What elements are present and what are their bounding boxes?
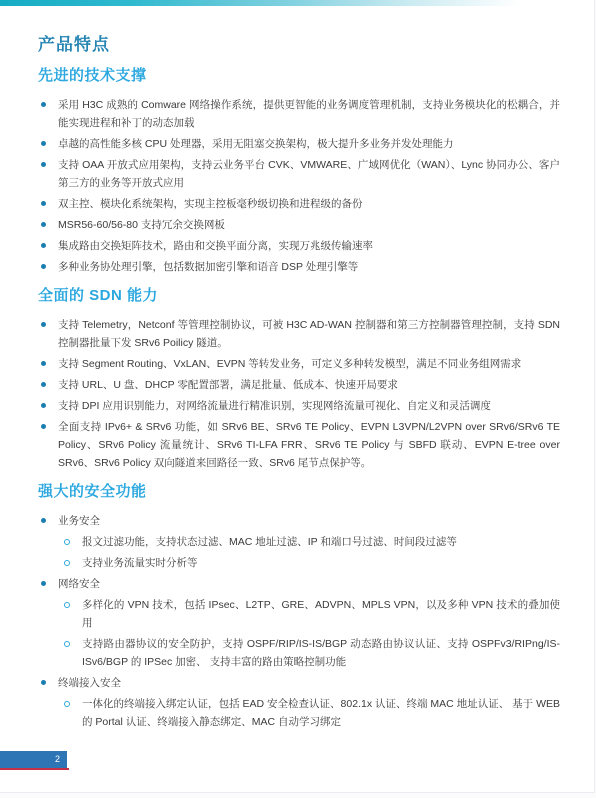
bullet-dot-icon	[41, 264, 46, 269]
sub-list-item: 支持业务流量实时分析等	[60, 554, 560, 572]
sub-bullet-circle-icon	[64, 701, 70, 707]
section-security: 强大的安全功能 业务安全 报文过滤功能，支持状态过滤、MAC 地址过滤、IP 和…	[38, 482, 560, 731]
list-item: 采用 H3C 成熟的 Comware 网络操作系统，提供更智能的业务调度管理机制…	[38, 96, 560, 132]
bullet-text: 支持路由器协议的安全防护，支持 OSPF/RIP/IS-IS/BGP 动态路由协…	[82, 638, 560, 668]
bullet-text: 一体化的终端接入绑定认证，包括 EAD 安全检查认证、802.1x 认证、终端 …	[82, 698, 560, 728]
bullet-text: 多样化的 VPN 技术，包括 IPsec、L2TP、GRE、ADVPN、MPLS…	[82, 599, 560, 629]
page-number-bar: 2	[0, 751, 67, 768]
list-item: 支持 Telemetry，Netconf 等管理控制协议，可被 H3C AD-W…	[38, 316, 560, 352]
bullet-text: 支持 Telemetry，Netconf 等管理控制协议，可被 H3C AD-W…	[58, 319, 560, 349]
bullet-dot-icon	[41, 382, 46, 387]
bullet-dot-icon	[41, 222, 46, 227]
bullet-text: 报文过滤功能，支持状态过滤、MAC 地址过滤、IP 和端口号过滤、时间段过滤等	[82, 536, 457, 548]
footer-red-underline	[0, 768, 69, 770]
bullet-dot-icon	[41, 322, 46, 327]
bullet-text: 全面支持 IPv6+ & SRv6 功能，如 SRv6 BE、SRv6 TE P…	[58, 421, 560, 469]
page-number: 2	[55, 754, 60, 764]
list-item: 支持 OAA 开放式应用架构，支持云业务平台 CVK、VMWARE、广域网优化（…	[38, 156, 560, 192]
list-item: MSR56-60/56-80 支持冗余交换网板	[38, 216, 560, 234]
bullet-text: 集成路由交换矩阵技术，路由和交换平面分离，实现万兆级传输速率	[58, 240, 373, 252]
list-item: 支持 DPI 应用识别能力，对网络流量进行精准识别，实现网络流量可视化、自定义和…	[38, 397, 560, 415]
list-item: 业务安全	[38, 512, 560, 530]
list-item: 双主控、模块化系统架构，实现主控板毫秒级切换和进程级的备份	[38, 195, 560, 213]
bullet-text: 支持业务流量实时分析等	[82, 557, 198, 569]
bullet-dot-icon	[41, 424, 46, 429]
section-sdn-capability: 全面的 SDN 能力 支持 Telemetry，Netconf 等管理控制协议，…	[38, 286, 560, 472]
bullet-list: 支持 Telemetry，Netconf 等管理控制协议，可被 H3C AD-W…	[38, 316, 560, 472]
bullet-text: 采用 H3C 成熟的 Comware 网络操作系统，提供更智能的业务调度管理机制…	[58, 99, 560, 129]
list-item: 多种业务协处理引擎，包括数据加密引擎和语音 DSP 处理引擎等	[38, 258, 560, 276]
bullet-text: 多种业务协处理引擎，包括数据加密引擎和语音 DSP 处理引擎等	[58, 261, 358, 273]
bullet-text: 卓越的高性能多核 CPU 处理器，采用无阻塞交换架构，极大提升多业务并发处理能力	[58, 138, 454, 150]
bullet-dot-icon	[41, 518, 46, 523]
bullet-dot-icon	[41, 361, 46, 366]
bullet-text: MSR56-60/56-80 支持冗余交换网板	[58, 219, 225, 231]
bullet-text: 支持 URL、U 盘、DHCP 零配置部署，满足批量、低成本、快速开局要求	[58, 379, 398, 391]
bullet-dot-icon	[41, 201, 46, 206]
list-item: 集成路由交换矩阵技术，路由和交换平面分离，实现万兆级传输速率	[38, 237, 560, 255]
sub-list-item: 报文过滤功能，支持状态过滤、MAC 地址过滤、IP 和端口号过滤、时间段过滤等	[60, 533, 560, 551]
list-item: 卓越的高性能多核 CPU 处理器，采用无阻塞交换架构，极大提升多业务并发处理能力	[38, 135, 560, 153]
bullet-dot-icon	[41, 102, 46, 107]
bullet-dot-icon	[41, 162, 46, 167]
bullet-dot-icon	[41, 243, 46, 248]
bullet-dot-icon	[41, 403, 46, 408]
bullet-list: 业务安全 报文过滤功能，支持状态过滤、MAC 地址过滤、IP 和端口号过滤、时间…	[38, 512, 560, 731]
bullet-dot-icon	[41, 141, 46, 146]
section-advanced-tech: 先进的技术支撑 采用 H3C 成熟的 Comware 网络操作系统，提供更智能的…	[38, 66, 560, 276]
bullet-text: 业务安全	[58, 515, 100, 527]
page-content: 产品特点 先进的技术支撑 采用 H3C 成熟的 Comware 网络操作系统，提…	[38, 0, 560, 734]
bullet-text: 支持 OAA 开放式应用架构，支持云业务平台 CVK、VMWARE、广域网优化（…	[58, 159, 560, 189]
section-heading-sdn: 全面的 SDN 能力	[38, 286, 560, 306]
sub-list-item: 多样化的 VPN 技术，包括 IPsec、L2TP、GRE、ADVPN、MPLS…	[60, 596, 560, 632]
bullet-text: 双主控、模块化系统架构，实现主控板毫秒级切换和进程级的备份	[58, 198, 363, 210]
page-title: 产品特点	[38, 34, 560, 56]
bullet-list: 采用 H3C 成熟的 Comware 网络操作系统，提供更智能的业务调度管理机制…	[38, 96, 560, 276]
sub-list-item: 支持路由器协议的安全防护，支持 OSPF/RIP/IS-IS/BGP 动态路由协…	[60, 635, 560, 671]
bullet-text: 支持 Segment Routing、VxLAN、EVPN 等转发业务，可定义多…	[58, 358, 521, 370]
sub-bullet-circle-icon	[64, 602, 70, 608]
sub-bullet-circle-icon	[64, 641, 70, 647]
list-item: 支持 URL、U 盘、DHCP 零配置部署，满足批量、低成本、快速开局要求	[38, 376, 560, 394]
sub-bullet-circle-icon	[64, 560, 70, 566]
sub-list-item: 一体化的终端接入绑定认证，包括 EAD 安全检查认证、802.1x 认证、终端 …	[60, 695, 560, 731]
document-page: 产品特点 先进的技术支撑 采用 H3C 成熟的 Comware 网络操作系统，提…	[0, 0, 595, 793]
list-item: 支持 Segment Routing、VxLAN、EVPN 等转发业务，可定义多…	[38, 355, 560, 373]
section-heading-advanced-tech: 先进的技术支撑	[38, 66, 560, 86]
bullet-text: 网络安全	[58, 578, 100, 590]
bullet-text: 终端接入安全	[58, 677, 121, 689]
list-item: 网络安全	[38, 575, 560, 593]
list-item: 终端接入安全	[38, 674, 560, 692]
bullet-dot-icon	[41, 680, 46, 685]
sub-bullet-circle-icon	[64, 539, 70, 545]
bullet-dot-icon	[41, 581, 46, 586]
bullet-text: 支持 DPI 应用识别能力，对网络流量进行精准识别，实现网络流量可视化、自定义和…	[58, 400, 491, 412]
section-heading-security: 强大的安全功能	[38, 482, 560, 502]
list-item: 全面支持 IPv6+ & SRv6 功能，如 SRv6 BE、SRv6 TE P…	[38, 418, 560, 472]
